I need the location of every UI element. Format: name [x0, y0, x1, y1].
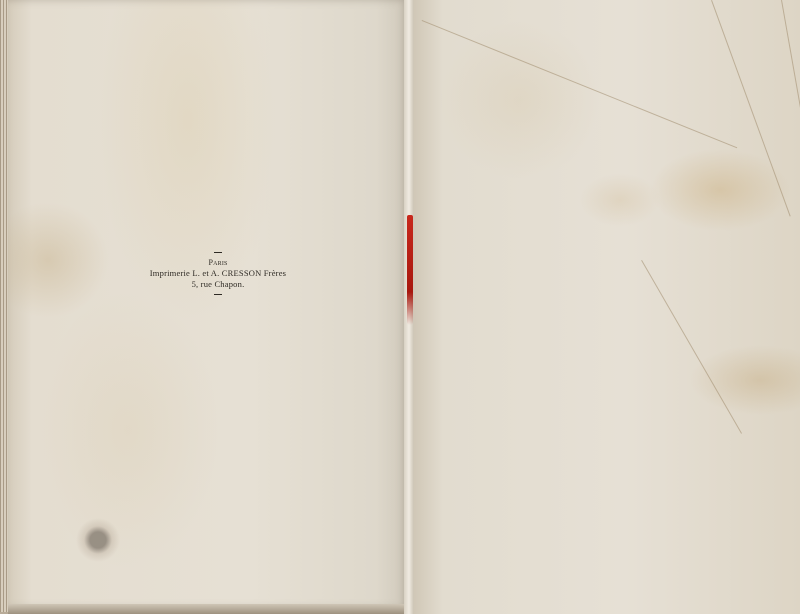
left-page: Paris Imprimerie L. et A. CRESSON Frères…	[8, 0, 408, 608]
divider	[214, 294, 222, 295]
imprint-address: 5, rue Chapon.	[118, 279, 318, 290]
divider	[214, 252, 222, 253]
bottom-edge	[8, 604, 408, 614]
red-ribbon-bookmark	[407, 215, 413, 325]
paper-crease	[641, 260, 742, 434]
printer-imprint: Paris Imprimerie L. et A. CRESSON Frères…	[118, 248, 318, 299]
paper-crease	[422, 20, 738, 148]
imprint-city: Paris	[118, 257, 318, 268]
paper-crease	[781, 0, 800, 177]
paper-crease	[711, 0, 791, 216]
book-photo: Paris Imprimerie L. et A. CRESSON Frères…	[0, 0, 800, 614]
right-page	[412, 0, 800, 614]
imprint-printer: Imprimerie L. et A. CRESSON Frères	[118, 268, 318, 279]
